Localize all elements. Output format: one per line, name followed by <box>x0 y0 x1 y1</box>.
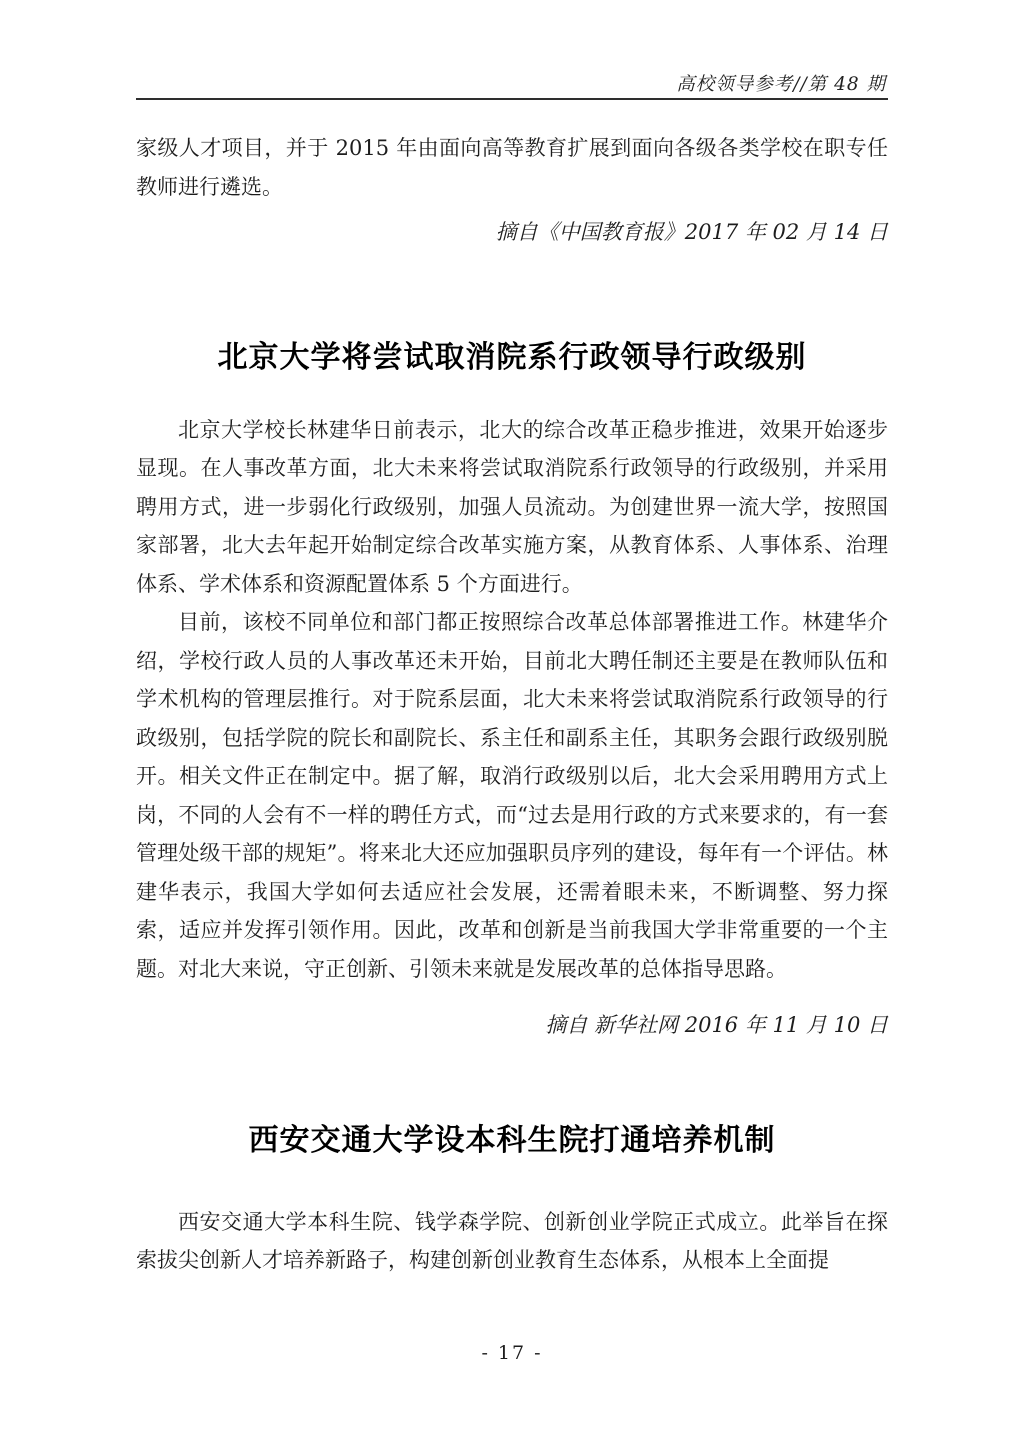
attribution-china-education-daily: 摘自《中国教育报》2017 年 02 月 14 日 <box>136 213 888 252</box>
attribution-xinhua-net: 摘自 新华社网 2016 年 11 月 10 日 <box>136 1006 888 1045</box>
article2-title: 西安交通大学设本科生院打通培养机制 <box>136 1119 888 1163</box>
article1-paragraph-1: 北京大学校长林建华日前表示，北大的综合改革正稳步推进，效果开始逐步显现。在人事改… <box>136 411 888 604</box>
page-number: - 17 - <box>0 1342 1024 1364</box>
page-body: 家级人才项目，并于 2015 年由面向高等教育扩展到面向各级各类学校在职专任教师… <box>136 100 888 1280</box>
journal-header-label: 高校领导参考//第 48 期 <box>676 74 886 95</box>
article2-paragraph-1: 西安交通大学本科生院、钱学森学院、创新创业学院正式成立。此举旨在探索拔尖创新人才… <box>136 1203 888 1280</box>
document-page: 高校领导参考//第 48 期 家级人才项目，并于 2015 年由面向高等教育扩展… <box>0 0 1024 1448</box>
page-header: 高校领导参考//第 48 期 <box>676 70 886 96</box>
article1-title: 北京大学将尝试取消院系行政领导行政级别 <box>136 336 888 380</box>
article1-paragraph-2: 目前，该校不同单位和部门都正按照综合改革总体部署推进工作。林建华介绍，学校行政人… <box>136 603 888 988</box>
intro-continuation-paragraph: 家级人才项目，并于 2015 年由面向高等教育扩展到面向各级各类学校在职专任教师… <box>136 129 888 206</box>
